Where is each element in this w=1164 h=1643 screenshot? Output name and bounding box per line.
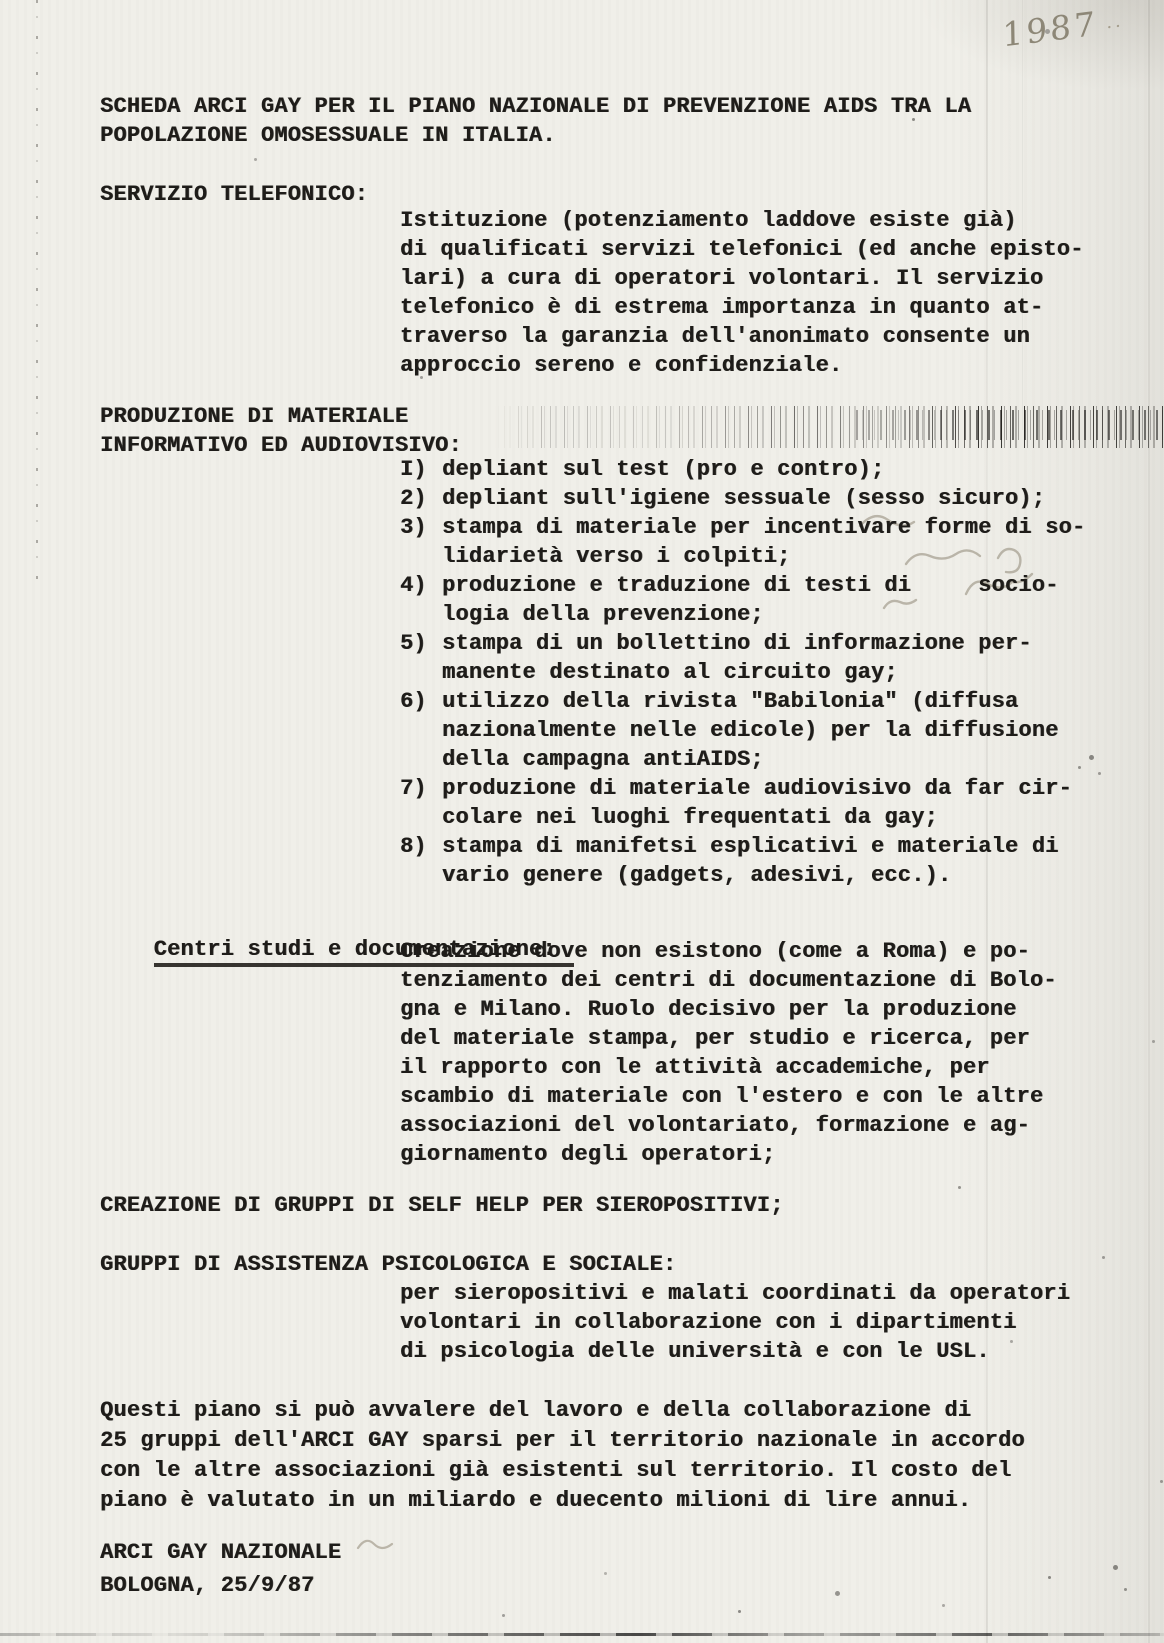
list-item-text: stampa di manifetsi esplicativi e materi… <box>442 832 1120 890</box>
pencil-mark-small <box>352 1528 400 1558</box>
list-item-number: 7) <box>400 774 442 832</box>
list-item-text: stampa di materiale per incentivare form… <box>442 513 1120 571</box>
list-item-number: 4) <box>400 571 442 629</box>
list-item-text: stampa di un bollettino di informazione … <box>442 629 1120 687</box>
paper-specks <box>0 0 3 3</box>
section-body-servizio-telefonico: Istituzione (potenziamento laddove esist… <box>400 206 1120 380</box>
scanned-document-page: 1987 SCHEDA ARCI GAY PER IL PIANO NAZION… <box>0 0 1164 1643</box>
section-body-gruppi-assistenza: per sieropositivi e malati coordinati da… <box>400 1279 1120 1366</box>
list-item: 6) utilizzo della rivista "Babilonia" (d… <box>400 687 1120 774</box>
vertical-fold-line-right <box>1148 0 1150 1643</box>
list-item-number: 8) <box>400 832 442 890</box>
list-item: 2) depliant sull'igiene sessuale (sesso … <box>400 484 1120 513</box>
produzione-materiale-list: I) depliant sul test (pro e contro); 2) … <box>400 455 1120 890</box>
list-item-text: produzione di materiale audiovisivo da f… <box>442 774 1120 832</box>
signature-block: ARCI GAY NAZIONALE BOLOGNA, 25/9/87 <box>100 1536 341 1602</box>
list-item-text: produzione e traduzione di testi di soci… <box>442 571 1120 629</box>
list-item-text: depliant sul test (pro e contro); <box>442 455 1120 484</box>
closing-paragraph: Questi piano si può avvalere del lavoro … <box>100 1396 1100 1516</box>
list-item-number: 5) <box>400 629 442 687</box>
section-heading-gruppi-assistenza: GRUPPI DI ASSISTENZA PSICOLOGICA E SOCIA… <box>100 1250 676 1279</box>
list-item-number: 3) <box>400 513 442 571</box>
list-item: 3) stampa di materiale per incentivare f… <box>400 513 1120 571</box>
section-heading-produzione-materiale: PRODUZIONE DI MATERIALE INFORMATIVO ED A… <box>100 402 462 460</box>
photocopy-noise-band <box>495 406 1164 448</box>
section-heading-servizio-telefonico: SERVIZIO TELEFONICO: <box>100 180 368 209</box>
list-item-text: utilizzo della rivista "Babilonia" (diff… <box>442 687 1120 774</box>
document-title: SCHEDA ARCI GAY PER IL PIANO NAZIONALE D… <box>100 92 1060 150</box>
list-item-text: depliant sull'igiene sessuale (sesso sic… <box>442 484 1120 513</box>
list-item-number: I) <box>400 455 442 484</box>
list-item: 5) stampa di un bollettino di informazio… <box>400 629 1120 687</box>
section-heading-self-help: CREAZIONE DI GRUPPI DI SELF HELP PER SIE… <box>100 1191 784 1220</box>
handwritten-year-annotation: 1987 <box>1002 0 1124 54</box>
left-edge-speckle-line <box>36 0 38 580</box>
section-body-centri-studi: Creazione dove non esistono (come a Roma… <box>400 937 1120 1169</box>
bottom-scan-line <box>0 1633 1164 1636</box>
list-item: I) depliant sul test (pro e contro); <box>400 455 1120 484</box>
list-item-number: 2) <box>400 484 442 513</box>
list-item: 4) produzione e traduzione di testi di s… <box>400 571 1120 629</box>
list-item: 8) stampa di manifetsi esplicativi e mat… <box>400 832 1120 890</box>
list-item: 7) produzione di materiale audiovisivo d… <box>400 774 1120 832</box>
list-item-number: 6) <box>400 687 442 774</box>
